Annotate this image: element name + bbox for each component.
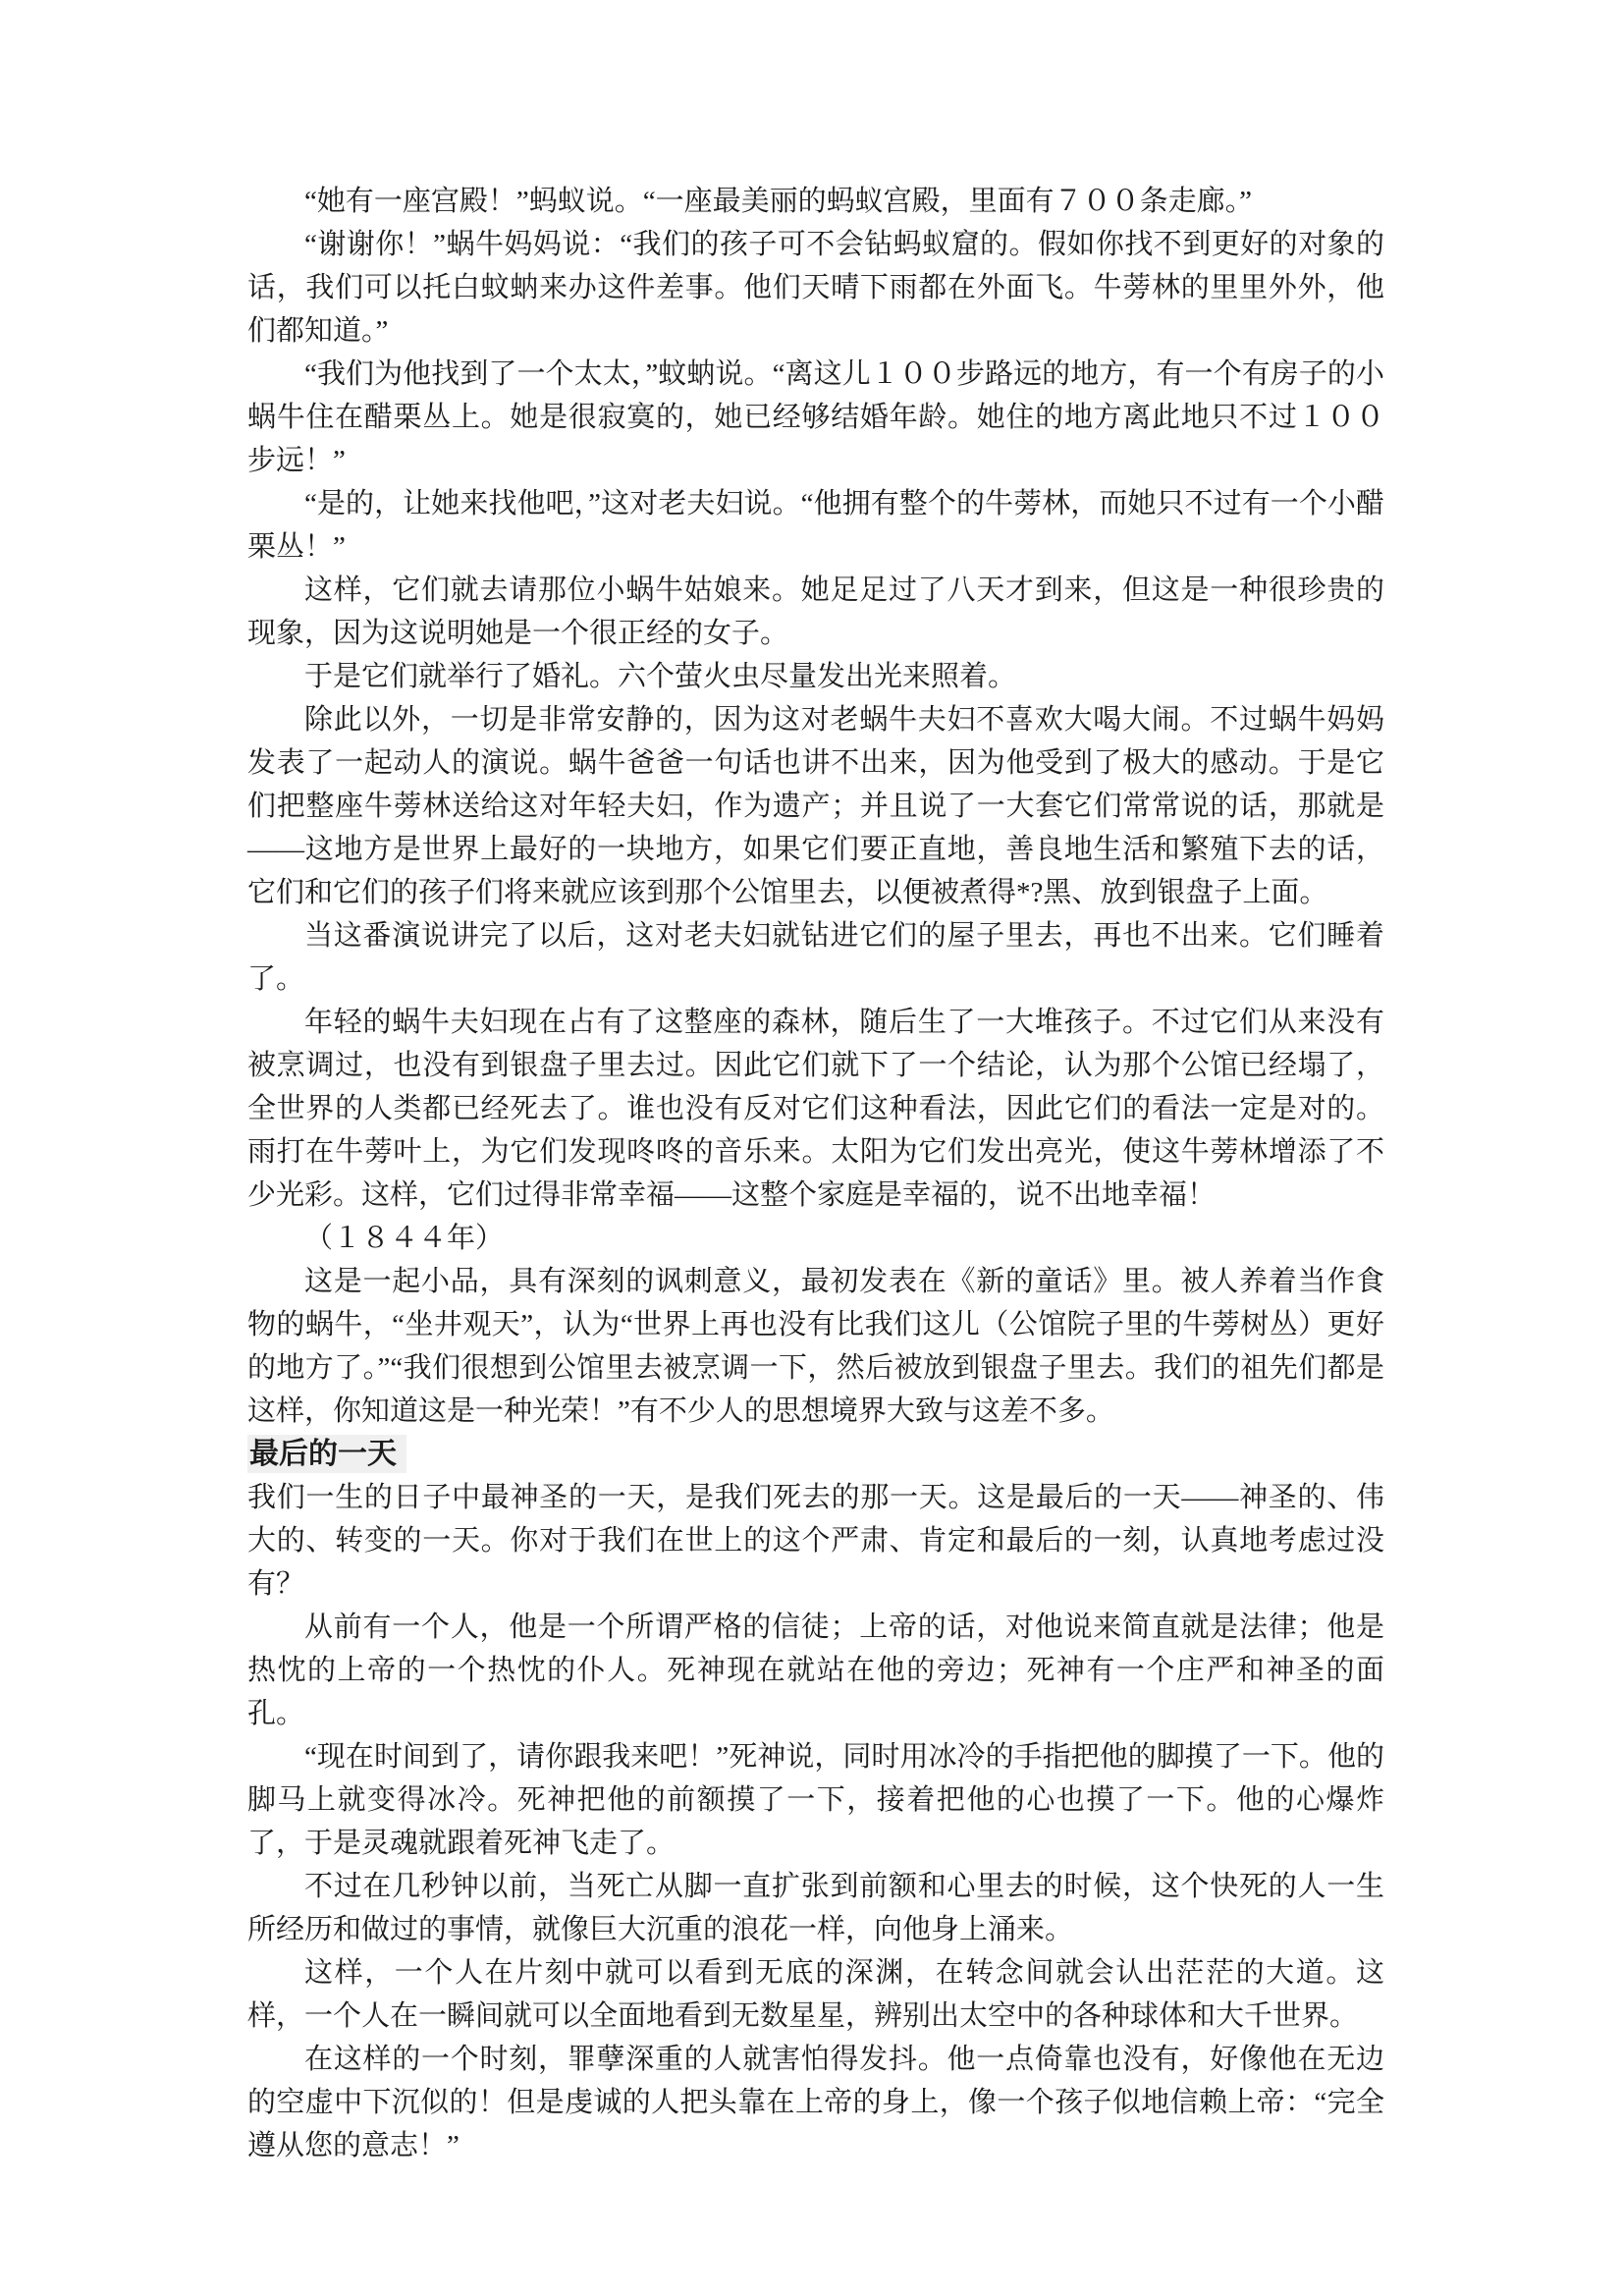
paragraph: 这样，一个人在片刻中就可以看到无底的深渊，在转念间就会认出茫茫的大道。这样，一个… xyxy=(247,1951,1384,2038)
paragraph: 这样，它们就去请那位小蜗牛姑娘来。她足足过了八天才到来，但这是一种很珍贵的现象，… xyxy=(247,569,1384,655)
paragraph: 年轻的蜗牛夫妇现在占有了这整座的森林，随后生了一大堆孩子。不过它们从来没有被烹调… xyxy=(247,1001,1384,1217)
block-text: 最后的一天 xyxy=(247,1435,406,1473)
paragraph: 不过在几秒钟以前，当死亡从脚一直扩张到前额和心里去的时候，这个快死的人一生所经历… xyxy=(247,1865,1384,1951)
block-text: 不过在几秒钟以前，当死亡从脚一直扩张到前额和心里去的时候，这个快死的人一生所经历… xyxy=(247,1871,1384,1945)
paragraph: 除此以外，一切是非常安静的，因为这对老蜗牛夫妇不喜欢大喝大闹。不过蜗牛妈妈发表了… xyxy=(247,698,1384,914)
block-text: 当这番演说讲完了以后，这对老夫妇就钻进它们的屋子里去，再也不出来。它们睡着了。 xyxy=(247,920,1384,995)
block-text: 这样，一个人在片刻中就可以看到无底的深渊，在转念间就会认出茫茫的大道。这样，一个… xyxy=(247,1957,1384,2032)
block-text: 于是它们就举行了婚礼。六个萤火虫尽量发出光来照着。 xyxy=(304,661,1016,692)
block-text: “现在时间到了，请你跟我来吧！”死神说，同时用冰冷的手指把他的脚摸了一下。他的脚… xyxy=(247,1741,1384,1859)
paragraph: 在这样的一个时刻，罪孽深重的人就害怕得发抖。他一点倚靠也没有，好像他在无边的空虚… xyxy=(247,2038,1384,2167)
paragraph: 当这番演说讲完了以后，这对老夫妇就钻进它们的屋子里去，再也不出来。它们睡着了。 xyxy=(247,914,1384,1001)
block-text: 这是一起小品，具有深刻的讽刺意义，最初发表在《新的童话》里。被人养着当作食物的蜗… xyxy=(247,1266,1384,1427)
block-text: “她有一座宫殿！”蚂蚁说。“一座最美丽的蚂蚁宫殿，里面有７００条走廊。” xyxy=(304,186,1252,217)
document-page: “她有一座宫殿！”蚂蚁说。“一座最美丽的蚂蚁宫殿，里面有７００条走廊。”“谢谢你… xyxy=(0,0,1623,2296)
paragraph: “是的，让她来找他吧，”这对老夫妇说。“他拥有整个的牛蒡林，而她只不过有一个小醋… xyxy=(247,482,1384,569)
block-text: 年轻的蜗牛夫妇现在占有了这整座的森林，随后生了一大堆孩子。不过它们从来没有被烹调… xyxy=(247,1007,1384,1211)
block-text: （１８４４年） xyxy=(304,1223,504,1254)
paragraph: 于是它们就举行了婚礼。六个萤火虫尽量发出光来照着。 xyxy=(247,655,1384,698)
block-text: “谢谢你！”蜗牛妈妈说：“我们的孩子可不会钻蚂蚁窟的。假如你找不到更好的对象的话… xyxy=(247,229,1384,347)
block-text: “是的，让她来找他吧，”这对老夫妇说。“他拥有整个的牛蒡林，而她只不过有一个小醋… xyxy=(247,488,1384,563)
paragraph: “谢谢你！”蜗牛妈妈说：“我们的孩子可不会钻蚂蚁窟的。假如你找不到更好的对象的话… xyxy=(247,223,1384,353)
block-text: 在这样的一个时刻，罪孽深重的人就害怕得发抖。他一点倚靠也没有，好像他在无边的空虚… xyxy=(247,2044,1384,2161)
block-text: 我们一生的日子中最神圣的一天，是我们死去的那一天。这是最后的一天——神圣的、伟大… xyxy=(247,1482,1384,1600)
paragraph: 从前有一个人，他是一个所谓严格的信徒；上帝的话，对他说来简直就是法律；他是热忱的… xyxy=(247,1606,1384,1735)
block-text: 除此以外，一切是非常安静的，因为这对老蜗牛夫妇不喜欢大喝大闹。不过蜗牛妈妈发表了… xyxy=(247,704,1384,908)
paragraph: “我们为他找到了一个太太，”蚊蚋说。“离这儿１００步路远的地方，有一个有房子的小… xyxy=(247,353,1384,482)
paragraph: 这是一起小品，具有深刻的讽刺意义，最初发表在《新的童话》里。被人养着当作食物的蜗… xyxy=(247,1260,1384,1433)
block-text: “我们为他找到了一个太太，”蚊蚋说。“离这儿１００步路远的地方，有一个有房子的小… xyxy=(247,358,1384,476)
block-text: 从前有一个人，他是一个所谓严格的信徒；上帝的话，对他说来简直就是法律；他是热忱的… xyxy=(247,1612,1384,1729)
text-column: “她有一座宫殿！”蚂蚁说。“一座最美丽的蚂蚁宫殿，里面有７００条走廊。”“谢谢你… xyxy=(247,180,1384,2167)
paragraph: “现在时间到了，请你跟我来吧！”死神说，同时用冰冷的手指把他的脚摸了一下。他的脚… xyxy=(247,1735,1384,1865)
paragraph: “她有一座宫殿！”蚂蚁说。“一座最美丽的蚂蚁宫殿，里面有７００条走廊。” xyxy=(247,180,1384,223)
block-text: 这样，它们就去请那位小蜗牛姑娘来。她足足过了八天才到来，但这是一种很珍贵的现象，… xyxy=(247,574,1384,649)
section-heading: 最后的一天 xyxy=(247,1433,1384,1476)
paragraph: （１８４４年） xyxy=(247,1217,1384,1260)
paragraph: 我们一生的日子中最神圣的一天，是我们死去的那一天。这是最后的一天——神圣的、伟大… xyxy=(247,1476,1384,1606)
